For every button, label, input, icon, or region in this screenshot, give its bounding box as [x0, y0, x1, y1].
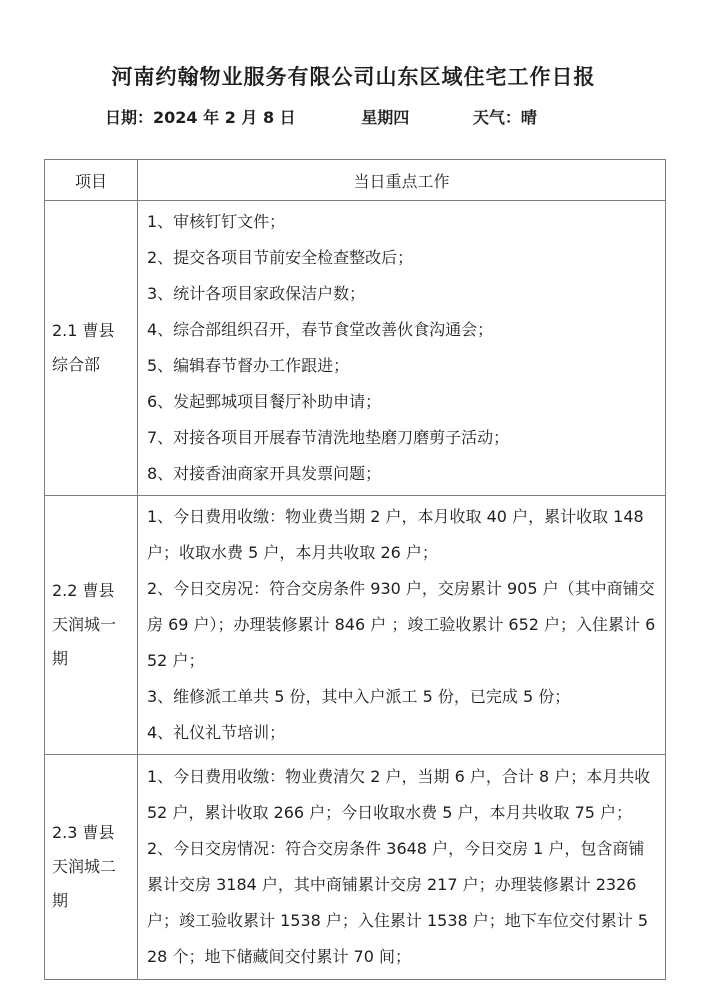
work-item: 7、对接各项目开展春节清洗地垫磨刀磨剪子活动；: [147, 420, 656, 456]
date-value: 2024 年 2 月 8 日: [153, 108, 296, 127]
work-item: 1、今日费用收缴：物业费清欠 2 户，当期 6 户，合计 8 户；本月共收 52…: [147, 759, 656, 831]
page-title: 河南约翰物业服务有限公司山东区域住宅工作日报: [0, 0, 707, 90]
project-cell: 2.2 曹县天润城一期: [45, 496, 138, 755]
work-items-cell: 1、今日费用收缴：物业费清欠 2 户，当期 6 户，合计 8 户；本月共收 52…: [138, 755, 666, 980]
table-row: 2.1 曹县综合部1、审核钉钉文件；2、提交各项目节前安全检查整改后；3、统计各…: [45, 201, 666, 496]
work-item: 8、对接香油商家开具发票问题；: [147, 456, 656, 492]
table-row: 2.2 曹县天润城一期1、今日费用收缴：物业费当期 2 户，本月收取 40 户，…: [45, 496, 666, 755]
date-label: 日期：: [105, 108, 153, 127]
document-page: 河南约翰物业服务有限公司山东区域住宅工作日报 日期：2024 年 2 月 8 日…: [0, 0, 707, 999]
weekday-value: 星期四: [361, 108, 409, 127]
weather-value: 晴: [521, 108, 537, 127]
col-header-project: 项目: [45, 160, 138, 201]
header-row: 项目 当日重点工作: [45, 160, 666, 201]
work-item: 3、维修派工单共 5 份，其中入户派工 5 份，已完成 5 份；: [147, 679, 656, 715]
project-cell: 2.3 曹县天润城二期: [45, 755, 138, 980]
work-item: 2、今日交房况：符合交房条件 930 户，交房累计 905 户（其中商铺交房 6…: [147, 571, 656, 679]
work-items-cell: 1、今日费用收缴：物业费当期 2 户，本月收取 40 户，累计收取 148 户；…: [138, 496, 666, 755]
work-item: 4、综合部组织召开，春节食堂改善伙食沟通会；: [147, 312, 656, 348]
work-item: 4、礼仪礼节培训；: [147, 715, 656, 751]
weather-label: 天气：: [473, 108, 521, 127]
work-item: 2、提交各项目节前安全检查整改后；: [147, 240, 656, 276]
work-item: 5、编辑春节督办工作跟进；: [147, 348, 656, 384]
work-items-cell: 1、审核钉钉文件；2、提交各项目节前安全检查整改后；3、统计各项目家政保洁户数；…: [138, 201, 666, 496]
work-item: 3、统计各项目家政保洁户数；: [147, 276, 656, 312]
work-item: 6、发起鄄城项目餐厅补助申请；: [147, 384, 656, 420]
work-item: 1、今日费用收缴：物业费当期 2 户，本月收取 40 户，累计收取 148 户；…: [147, 499, 656, 571]
col-header-work: 当日重点工作: [138, 160, 666, 201]
work-item: 2、今日交房情况：符合交房条件 3648 户，今日交房 1 户，包含商铺累计交房…: [147, 831, 656, 975]
work-item: 1、审核钉钉文件；: [147, 204, 656, 240]
report-table-header: 项目 当日重点工作: [45, 160, 666, 201]
table-row: 2.3 曹县天润城二期1、今日费用收缴：物业费清欠 2 户，当期 6 户，合计 …: [45, 755, 666, 980]
report-table-body: 2.1 曹县综合部1、审核钉钉文件；2、提交各项目节前安全检查整改后；3、统计各…: [45, 201, 666, 980]
report-table: 项目 当日重点工作 2.1 曹县综合部1、审核钉钉文件；2、提交各项目节前安全检…: [44, 159, 666, 980]
project-cell: 2.1 曹县综合部: [45, 201, 138, 496]
date-line: 日期：2024 年 2 月 8 日 星期四 天气：晴: [105, 107, 707, 129]
